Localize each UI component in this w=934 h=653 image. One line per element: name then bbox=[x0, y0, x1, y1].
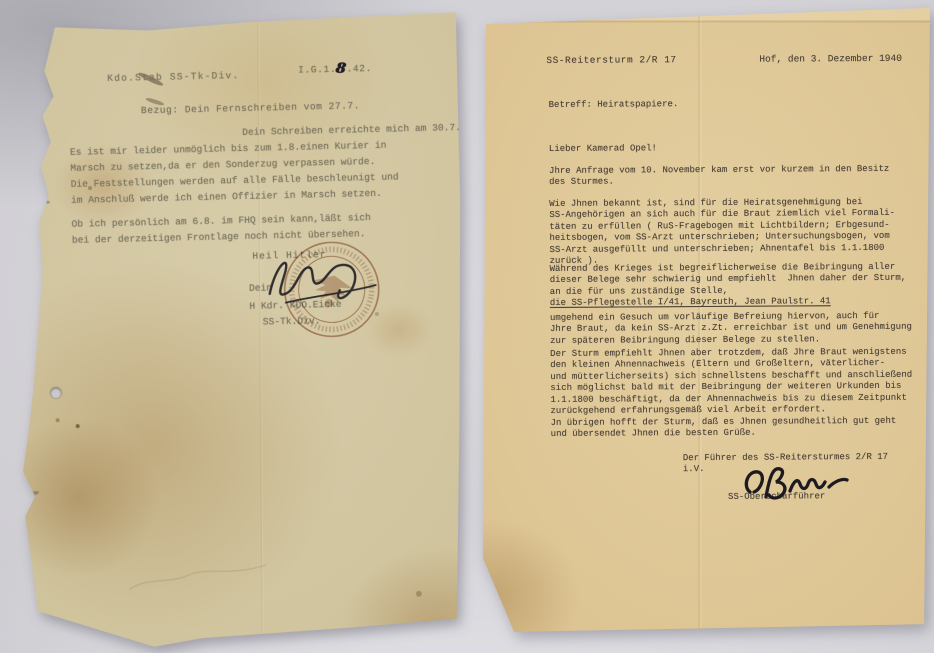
right-letter-unit-header: SS-Reitersturm 2/R 17 bbox=[546, 54, 676, 66]
right-letter-paragraph-2: Wie Jhnen bekannt ist, sind für die Heir… bbox=[549, 197, 895, 268]
right-letter-paragraph-6: Jn übrigen hofft der Sturm, daß es Jhnen… bbox=[551, 416, 897, 441]
right-letter-salutation: Lieber Kamerad Opel! bbox=[549, 143, 657, 155]
right-letter-date: Hof, den 3. Dezember 1940 bbox=[759, 53, 902, 65]
right-letter-subject: Betreff: Heiratspapiere. bbox=[549, 99, 679, 111]
left-letter-text: Kdo.Stab SS-Tk-Div. I.G.1.8.42. Bezug: D… bbox=[11, 7, 473, 653]
left-letter-date: I.G.1.8.42. bbox=[298, 59, 372, 79]
right-letter-paragraph-5: Der Sturm empfiehlt Jhnen aber trotzdem,… bbox=[550, 347, 912, 418]
left-letter-page: Kdo.Stab SS-Tk-Div. I.G.1.8.42. Bezug: D… bbox=[16, 10, 468, 651]
right-letter-underlined-address: die SS-Pflegestelle I/41, Bayreuth, Jean… bbox=[550, 296, 831, 309]
right-letter-paper: SS-Reitersturm 2/R 17 Hof, den 3. Dezemb… bbox=[478, 4, 930, 648]
right-letter-iv: i.V. bbox=[683, 464, 705, 476]
right-letter-paragraph-4: umgehend ein Gesuch um vorläufige Befrei… bbox=[550, 311, 912, 347]
right-handwritten-signature bbox=[740, 462, 852, 506]
left-letter-subject: Bezug: Dein Fernschreiben vom 27.7. bbox=[141, 98, 360, 119]
left-letter-paper: Kdo.Stab SS-Tk-Div. I.G.1.8.42. Bezug: D… bbox=[16, 10, 468, 651]
right-letter-paragraph-1: Jhre Anfrage vom 10. November kam erst v… bbox=[549, 164, 889, 189]
right-letter-paragraph-3: Während des Krieges ist begreiflicherwei… bbox=[550, 262, 907, 298]
date-typed-prefix: I.G.1. bbox=[298, 64, 336, 76]
left-letter-paragraph-1: Dein Schreiben erreichte mich am 30.7. E… bbox=[69, 120, 462, 209]
right-letter-page: SS-Reitersturm 2/R 17 Hof, den 3. Dezemb… bbox=[478, 4, 930, 648]
handwritten-date-digit: 8 bbox=[335, 60, 347, 77]
left-letter-unit-header: Kdo.Stab SS-Tk-Div. bbox=[107, 68, 240, 87]
left-handwritten-signature bbox=[255, 245, 387, 318]
edge-stain bbox=[694, 4, 703, 11]
photo-surface: Kdo.Stab SS-Tk-Div. I.G.1.8.42. Bezug: D… bbox=[0, 0, 934, 653]
right-letter-text: SS-Reitersturm 2/R 17 Hof, den 3. Dezemb… bbox=[476, 3, 932, 650]
date-typed-suffix: .42. bbox=[346, 63, 372, 75]
